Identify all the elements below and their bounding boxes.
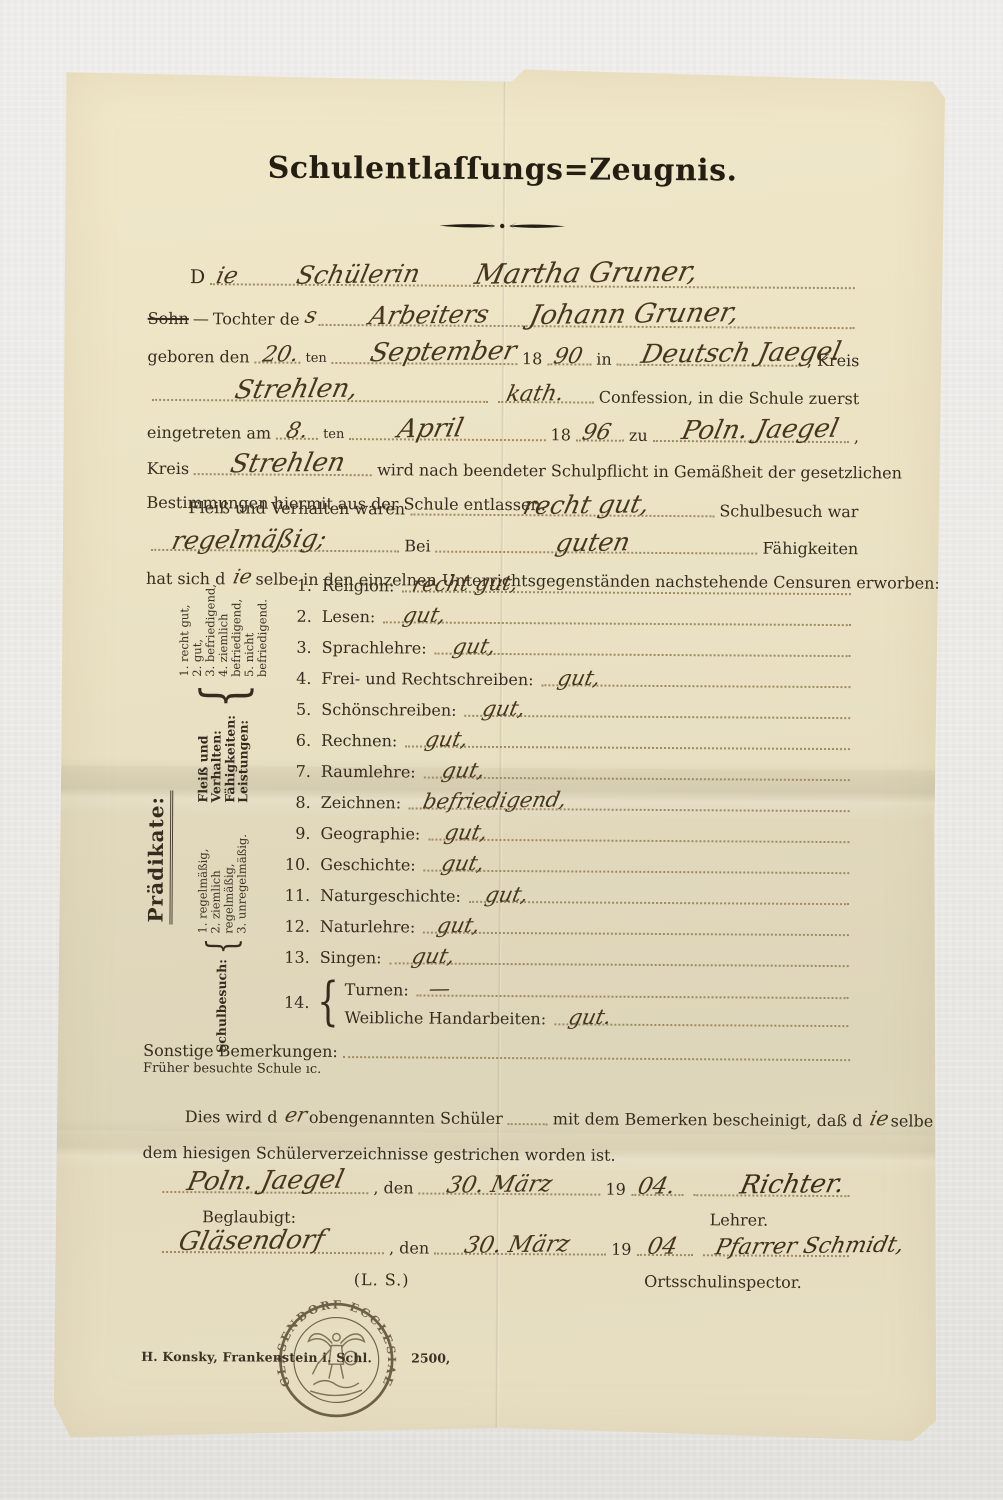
- subject-label: Singen:: [320, 948, 382, 967]
- printer-count: 2500,: [411, 1350, 450, 1365]
- printed-diligence-label: Fleiß und Verhalten waren: [188, 499, 405, 518]
- printed-confession-school-entry: Confession, in die Schule zuerst: [599, 389, 859, 408]
- signature-row-2: Gläsendorf , den 30. März 19 04 Pfarrer …: [142, 1226, 854, 1260]
- subject-label: Religion:: [322, 576, 395, 595]
- printed-entered-on: eingetreten am: [147, 424, 271, 443]
- handwritten-birth-place: Deutsch Jaegel: [639, 337, 844, 370]
- fill-in-line: 20.: [254, 358, 300, 363]
- curly-brace-glyph: {: [202, 938, 242, 955]
- printed-abilities-label: Fähigkeiten: [763, 540, 859, 558]
- grade-value: gut.: [566, 1005, 613, 1030]
- printed-certify-line2: dem hiesigen Schülerverzeichnisse gestri…: [143, 1144, 616, 1165]
- predicates-sidebar: Prädikate: Schulbesuch: { 1. regelmäßig,…: [143, 562, 301, 1053]
- handwritten-father-occupation: Arbeiters: [367, 299, 492, 330]
- printed-certify-a: Dies wird d: [185, 1108, 278, 1126]
- fill-in-line: regelmäßig;: [151, 546, 399, 553]
- fill-in-line: recht gut,: [410, 510, 714, 517]
- subject-label: Raumlehre:: [321, 762, 416, 782]
- fill-in-line: April: [349, 435, 545, 441]
- printed-zu: zu: [629, 427, 648, 445]
- handwritten-issue-place: Poln. Jaegel: [184, 1165, 347, 1197]
- printer-imprint: H. Konsky, Frankenstein i. Schl. 2500,: [141, 1346, 450, 1367]
- handwritten-birth-day: 20.: [260, 342, 301, 367]
- grade-value: gut,: [423, 727, 470, 752]
- scale-item: 5. nicht befriedigend.: [243, 563, 270, 677]
- performance-group-labels: Fleiß und Verhalten: Fähigkeiten: Leistu…: [196, 715, 251, 803]
- handwritten-student-role: Schülerin: [294, 259, 423, 290]
- certificate-paper: Schulentlaſſungs=Zeugnis. D ie Schülerin…: [53, 65, 945, 1442]
- scale-item: 2. ziemlich regelmäßig,: [209, 826, 236, 934]
- subject-row: 4.Frei- und Rechtschreiben:gut,: [279, 666, 855, 692]
- predicates-groups: Schulbesuch: { 1. regelmäßig, 2. ziemlic…: [176, 563, 270, 1054]
- fill-in-line: gut,: [424, 774, 850, 782]
- fill-in-line: Strehlen: [194, 470, 372, 476]
- subject-label: Frei- und Rechtschreiben:: [321, 669, 533, 689]
- fill-in-line: gut,: [383, 618, 851, 626]
- subject-row: 9.Geographie:gut,: [278, 821, 854, 847]
- printed-born-on: geboren den: [147, 348, 249, 367]
- fill-in-line: 04.: [631, 1191, 683, 1196]
- printed-year-19: 19: [605, 1181, 625, 1199]
- conduct-line-1: Fleiß und Verhalten waren recht gut, Sch…: [146, 480, 858, 521]
- grade-value: gut,: [409, 944, 456, 969]
- handwritten-student-name: Martha Gruner,: [472, 255, 701, 291]
- fill-in-line: ie Schülerin Martha Gruner,: [210, 280, 855, 289]
- grade-value: gut,: [451, 634, 498, 659]
- printed-attendance-label: Schulbesuch war: [719, 502, 858, 521]
- certification-section: Dies wird d er obengenannten Schüler mit…: [143, 1088, 855, 1166]
- fill-in-line: guten: [436, 548, 758, 555]
- subject-row: Weibliche Handarbeiten:gut.: [344, 1005, 853, 1030]
- fill-in-line: [508, 1120, 548, 1125]
- fill-in-line: Deutsch Jaegel: [617, 361, 802, 367]
- subject-row: 7.Raumlehre:gut,: [279, 759, 855, 785]
- printed-article-prefix: D: [190, 267, 205, 288]
- subject-label: Rechnen:: [321, 731, 397, 750]
- subject-row: 3.Sprachlehre:gut,: [280, 635, 856, 661]
- subject-label: Zeichnen:: [321, 793, 402, 812]
- fill-in-line: gut,: [465, 712, 851, 719]
- certification-line-2: dem hiesigen Schülerverzeichnisse gestri…: [143, 1126, 855, 1166]
- locus-sigilli-label: (L. S.): [354, 1271, 410, 1289]
- fill-in-line: gut,: [428, 836, 849, 844]
- printed-year-19: 19: [611, 1241, 631, 1259]
- remarks-line: Sonstige Bemerkungen:: [143, 1038, 855, 1064]
- fill-in-line: 96: [576, 436, 624, 441]
- handwritten-father-name: Johann Gruner,: [527, 297, 742, 331]
- performance-scale-group: Fleiß und Verhalten: Fähigkeiten: Leistu…: [177, 563, 269, 803]
- subject-label: Weibliche Handarbeiten:: [344, 1008, 546, 1028]
- fill-in-line: Pfarrer Schmidt,: [702, 1251, 848, 1257]
- handwritten-er-insert: er: [282, 1102, 309, 1126]
- predicates-heading: Prädikate:: [143, 790, 173, 924]
- fill-in-line: —: [417, 992, 849, 1000]
- curly-brace-glyph: {: [317, 976, 339, 1028]
- scale-item: 3. unregelmäßig.: [235, 826, 249, 934]
- grade-value: befriedigend,: [421, 787, 569, 813]
- fill-in-line: Richter.: [693, 1191, 849, 1197]
- intro-line-4: Strehlen, kath. Confession, in die Schul…: [147, 366, 859, 408]
- subject-row: 8.Zeichnen:befriedigend,: [279, 790, 855, 816]
- printed-certify-c: mit dem Bemerken bescheinigt, daß d: [553, 1110, 863, 1130]
- subject-14-subrows: Turnen:— Weibliche Handarbeiten:gut.: [344, 977, 853, 1030]
- grade-value: gut,: [442, 820, 489, 845]
- subject-label: Geographie:: [320, 824, 420, 844]
- grade-value: —: [427, 976, 453, 1000]
- printed-certify-d: selbe in: [891, 1112, 954, 1130]
- title-block: Schulentlaſſungs=Zeugnis.: [60, 149, 944, 189]
- fill-in-line: 30. März: [434, 1250, 606, 1256]
- handwritten-issue-year: 04.: [635, 1173, 677, 1200]
- printed-daughter-of: Tochter de: [213, 310, 300, 328]
- title-divider-ornament: [60, 215, 944, 239]
- fill-in-line: gut,: [390, 959, 849, 967]
- handwritten-article-suffix: ie: [214, 263, 241, 289]
- grade-value: gut,: [483, 882, 530, 907]
- fill-in-line: gut,: [469, 898, 849, 905]
- grade-value: gut,: [401, 603, 448, 628]
- handwritten-entry-year: 96: [580, 420, 614, 445]
- conduct-line-2: regelmäßig; Bei guten Fähigkeiten: [146, 517, 858, 558]
- subject-row: 12.Naturlehre:gut,: [278, 914, 854, 940]
- fill-in-line: gut.: [554, 1020, 848, 1027]
- signature-row-1: Poln. Jaegel , den 30. März 19 04. Richt…: [142, 1164, 854, 1200]
- subject-row: 2.Lesen:gut,: [280, 604, 856, 630]
- student-intro-section: D ie Schülerin Martha Gruner, Sohn — Toc…: [146, 246, 860, 516]
- fill-in-line: 04: [636, 1251, 692, 1256]
- attendance-scale-list: 1. regelmäßig, 2. ziemlich regelmäßig, 3…: [196, 826, 249, 934]
- subject-row: 6.Rechnen:gut,: [279, 728, 855, 754]
- subject-label: Naturgeschichte:: [320, 886, 461, 906]
- seal-ring-text: GLÄSENDORF ECCLESIAE PATRONUS: [276, 1300, 397, 1390]
- handwritten-attestation-year: 04: [644, 1234, 679, 1260]
- printed-dash: —: [193, 310, 209, 328]
- printed-kreis-label: Kreis: [147, 460, 190, 478]
- grade-value: gut,: [480, 696, 527, 721]
- handwritten-attestation-date: 30. März: [462, 1231, 572, 1259]
- inspector-signature: Pfarrer Schmidt,: [712, 1233, 905, 1261]
- printed-bei: Bei: [404, 538, 430, 556]
- handwritten-entry-month: April: [395, 413, 466, 444]
- teacher-title: Lehrer.: [710, 1211, 769, 1229]
- group-label: Verhalten:: [209, 715, 223, 803]
- subject-row: Turnen:—: [345, 977, 854, 1002]
- subject-label: Lesen:: [322, 607, 376, 626]
- handwritten-attendance-grade: regelmäßig;: [169, 524, 329, 555]
- subject-row: 11.Naturgeschichte:gut,: [278, 883, 854, 909]
- printed-ten-suffix: ten: [323, 428, 344, 443]
- fill-in-line: Strehlen,: [152, 396, 488, 403]
- subject-row: 10.Geschichte:gut,: [278, 852, 854, 878]
- grade-value: gut,: [440, 758, 487, 783]
- printed-den: , den: [389, 1239, 429, 1257]
- printed-certify-b: obengenannten Schüler: [309, 1109, 503, 1128]
- fill-in-line: Poln. Jaegel: [653, 437, 849, 443]
- handwritten-ability-grade: guten: [554, 527, 634, 557]
- performance-scale-list: 1. recht gut, 2. gut, 3. befriedigend, 4…: [178, 563, 270, 678]
- intro-line-5: eingetreten am 8. ten April 18 96 zu Pol…: [147, 404, 859, 446]
- grade-value: gut,: [435, 913, 482, 938]
- fill-in-line: 30. März: [418, 1190, 600, 1196]
- predicates-heading-row: Prädikate:: [143, 562, 175, 1052]
- divider-ornament-icon: [437, 219, 567, 234]
- intro-line-1: D ie Schülerin Martha Gruner,: [148, 246, 860, 292]
- intro-line-3: geboren den 20. ten September 18 90 in D…: [147, 328, 859, 370]
- printed-century-18: 18: [551, 426, 571, 444]
- subject-label: Geschichte:: [320, 855, 416, 875]
- page-title: Schulentlaſſungs=Zeugnis.: [268, 151, 738, 189]
- remarks-section: Sonstige Bemerkungen: Früher besuchte Sc…: [143, 1038, 855, 1080]
- svg-text:GLÄSENDORF ECCLESIAE PATRONUS: GLÄSENDORF ECCLESIAE PATRONUS: [276, 1300, 397, 1390]
- grade-value: gut,: [440, 851, 487, 876]
- inspector-title: Ortsschulinspector.: [644, 1273, 802, 1292]
- fill-in-line: recht gut,: [402, 587, 851, 595]
- fill-in-line: 90: [547, 360, 591, 365]
- attestation-row: Beglaubigt: Lehrer.: [142, 1196, 854, 1230]
- fill-in-line: kath.: [498, 398, 594, 404]
- curly-brace-glyph: {: [193, 683, 253, 708]
- subject-row: 13.Singen:gut,: [278, 945, 854, 971]
- intro-line-2: Sohn — Tochter de s Arbeiters Johann Gru…: [148, 288, 860, 332]
- subject-label: Naturlehre:: [320, 917, 415, 937]
- fill-in-line: 8.: [276, 435, 318, 440]
- teacher-signature: Richter.: [737, 1169, 847, 1200]
- attendance-scale-group: Schulbesuch: { 1. regelmäßig, 2. ziemlic…: [195, 826, 248, 1053]
- printer-name: H. Konsky, Frankenstein i. Schl.: [141, 1349, 372, 1365]
- handwritten-attestation-place: Gläsendorf: [176, 1225, 328, 1257]
- fill-in-line: gut,: [424, 867, 850, 875]
- subjects-list: 1.Religion:recht gut, 2.Lesen:gut, 3.Spr…: [277, 573, 856, 1032]
- fill-in-line: befriedigend,: [409, 804, 850, 812]
- handwritten-birth-kreis: Strehlen,: [232, 374, 361, 406]
- fill-in-line: [343, 1053, 850, 1061]
- grade-value: recht gut,: [410, 571, 521, 597]
- subject-row: 1.Religion:recht gut,: [280, 573, 856, 599]
- fill-in-line: September: [332, 359, 517, 365]
- handwritten-conduct-grade: recht gut,: [520, 489, 652, 520]
- fill-in-line: Arbeiters Johann Gruner,: [319, 321, 855, 329]
- handwritten-birth-month: September: [368, 336, 520, 368]
- subject-label: Sprachlehre:: [322, 638, 427, 658]
- handwritten-entry-place: Poln. Jaegel: [679, 414, 842, 446]
- handwritten-confession: kath.: [504, 381, 566, 407]
- fill-in-line: gut,: [542, 681, 851, 688]
- fill-in-line: gut,: [423, 929, 849, 937]
- printed-in: in: [596, 351, 612, 369]
- fill-in-line: gut,: [435, 650, 851, 658]
- signatures-section: Poln. Jaegel , den 30. März 19 04. Richt…: [142, 1164, 855, 1292]
- fill-in-line: Gläsendorf: [162, 1248, 384, 1254]
- printed-century-18: 18: [522, 350, 542, 368]
- certification-line-1: Dies wird d er obengenannten Schüler mit…: [143, 1088, 855, 1130]
- intro-line-6: Kreis Strehlen wird nach beendeter Schul…: [147, 442, 859, 482]
- subject-row: 5.Schönschreiben:gut,: [279, 697, 855, 723]
- handwritten-birth-year: 90: [551, 344, 585, 369]
- handwritten-entry-day: 8.: [284, 418, 310, 443]
- scale-item: 4. ziemlich befriedigend,: [217, 563, 244, 677]
- fill-in-line: Poln. Jaegel: [162, 1188, 368, 1194]
- subject-label: Turnen:: [345, 980, 409, 999]
- fill-in-line: gut,: [405, 742, 850, 750]
- handwritten-entry-kreis: Strehlen: [228, 448, 348, 480]
- handwritten-issue-date: 30. März: [444, 1171, 554, 1199]
- remarks-label: Sonstige Bemerkungen:: [143, 1042, 338, 1061]
- printed-ten-suffix: ten: [305, 352, 326, 367]
- grade-value: gut,: [555, 666, 602, 691]
- group-label: Leistungen:: [236, 715, 250, 803]
- subject-row-14: 14. { Turnen:— Weibliche Handarbeiten:gu…: [277, 976, 853, 1032]
- seal-note-row: (L. S.) Ortsschulinspector.: [142, 1256, 854, 1292]
- printed-son-struck: Sohn: [148, 310, 189, 328]
- beglaubigt-label: Beglaubigt:: [202, 1208, 296, 1226]
- subject-label: Schönschreiben:: [321, 700, 456, 720]
- printed-comma: ,: [854, 428, 859, 446]
- handwritten-genitive-suffix: s: [302, 304, 319, 329]
- printed-den: , den: [373, 1179, 413, 1197]
